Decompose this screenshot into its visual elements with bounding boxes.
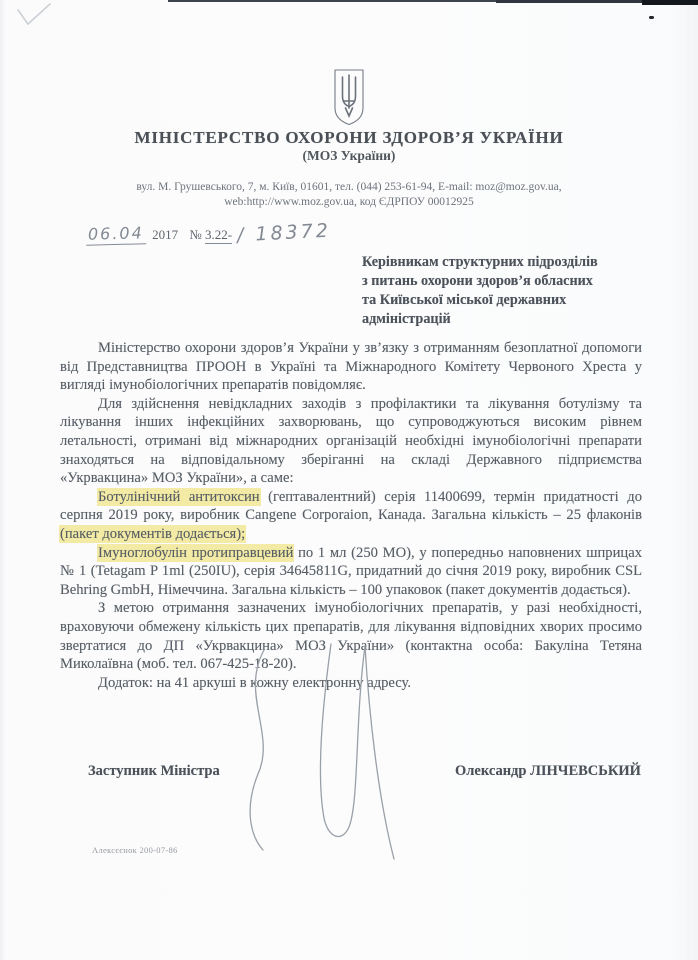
address-line-2: web:http://www.moz.gov.ua, код ЄДРПОУ 00… xyxy=(0,195,698,210)
addressee-line-2: з питань охорони здоров’я обласних xyxy=(362,272,662,291)
addressee-line-3: та Київської міської державних xyxy=(362,291,662,310)
printed-year: 2017 xyxy=(152,227,178,242)
scan-artifact-top-corner xyxy=(642,0,698,5)
scan-artifact-top-line-mid xyxy=(496,0,646,3)
handwritten-date: 06.04 xyxy=(86,223,146,246)
ministry-short-name: (МОЗ України) xyxy=(0,148,698,164)
number-sign: № xyxy=(189,227,201,242)
paragraph-immunoglobulin: Імуноглобулін протиправцевий по 1 мл (25… xyxy=(60,544,642,600)
scan-artifact-dot xyxy=(649,16,654,19)
pen-tick-mark-icon xyxy=(16,2,52,28)
paragraph-measures: Для здійснення невідкладних заходів з пр… xyxy=(60,395,642,488)
printed-number: 3.22- xyxy=(205,227,232,244)
highlighted-drug-name-2: Імуноглобулін протиправцевий xyxy=(98,545,293,561)
highlighted-docs-note: (пакет документів додається); xyxy=(60,526,245,542)
executor-note: Алексєєнок 200-07-86 xyxy=(92,845,178,855)
signer-name: Олександр ЛІНЧЕВСЬКИЙ xyxy=(455,763,641,780)
address-line-1: вул. М. Грушевського, 7, м. Київ, 01601,… xyxy=(0,180,698,195)
addressee-block: Керівникам структурних підрозділів з пит… xyxy=(362,253,662,329)
ministry-contact-block: вул. М. Грушевського, 7, м. Київ, 01601,… xyxy=(0,180,698,209)
handwritten-number: / 18372 xyxy=(237,220,332,247)
ukraine-trident-emblem-icon xyxy=(333,68,365,126)
highlighted-drug-name-1: Ботулінічний антитоксин xyxy=(98,489,260,505)
scanned-letter-sheet: МІНІСТЕРСТВО ОХОРОНИ ЗДОРОВ’Я УКРАЇНИ (М… xyxy=(0,0,698,960)
ministry-title: МІНІСТЕРСТВО ОХОРОНИ ЗДОРОВ’Я УКРАЇНИ xyxy=(0,128,698,148)
paragraph-botulinum-antitoxin: Ботулінічний антитоксин (гептавалентний)… xyxy=(60,488,642,544)
addressee-line-1: Керівникам структурних підрозділів xyxy=(362,253,662,272)
paragraph-intro: Міністерство охорони здоров’я України у … xyxy=(60,339,642,395)
reference-line: 06.04 2017 № 3.22- / 18372 xyxy=(86,222,331,245)
pen-signature-icon xyxy=(218,632,453,867)
addressee-line-4: адміністрацій xyxy=(362,310,662,329)
signer-position: Заступник Міністра xyxy=(88,763,220,780)
